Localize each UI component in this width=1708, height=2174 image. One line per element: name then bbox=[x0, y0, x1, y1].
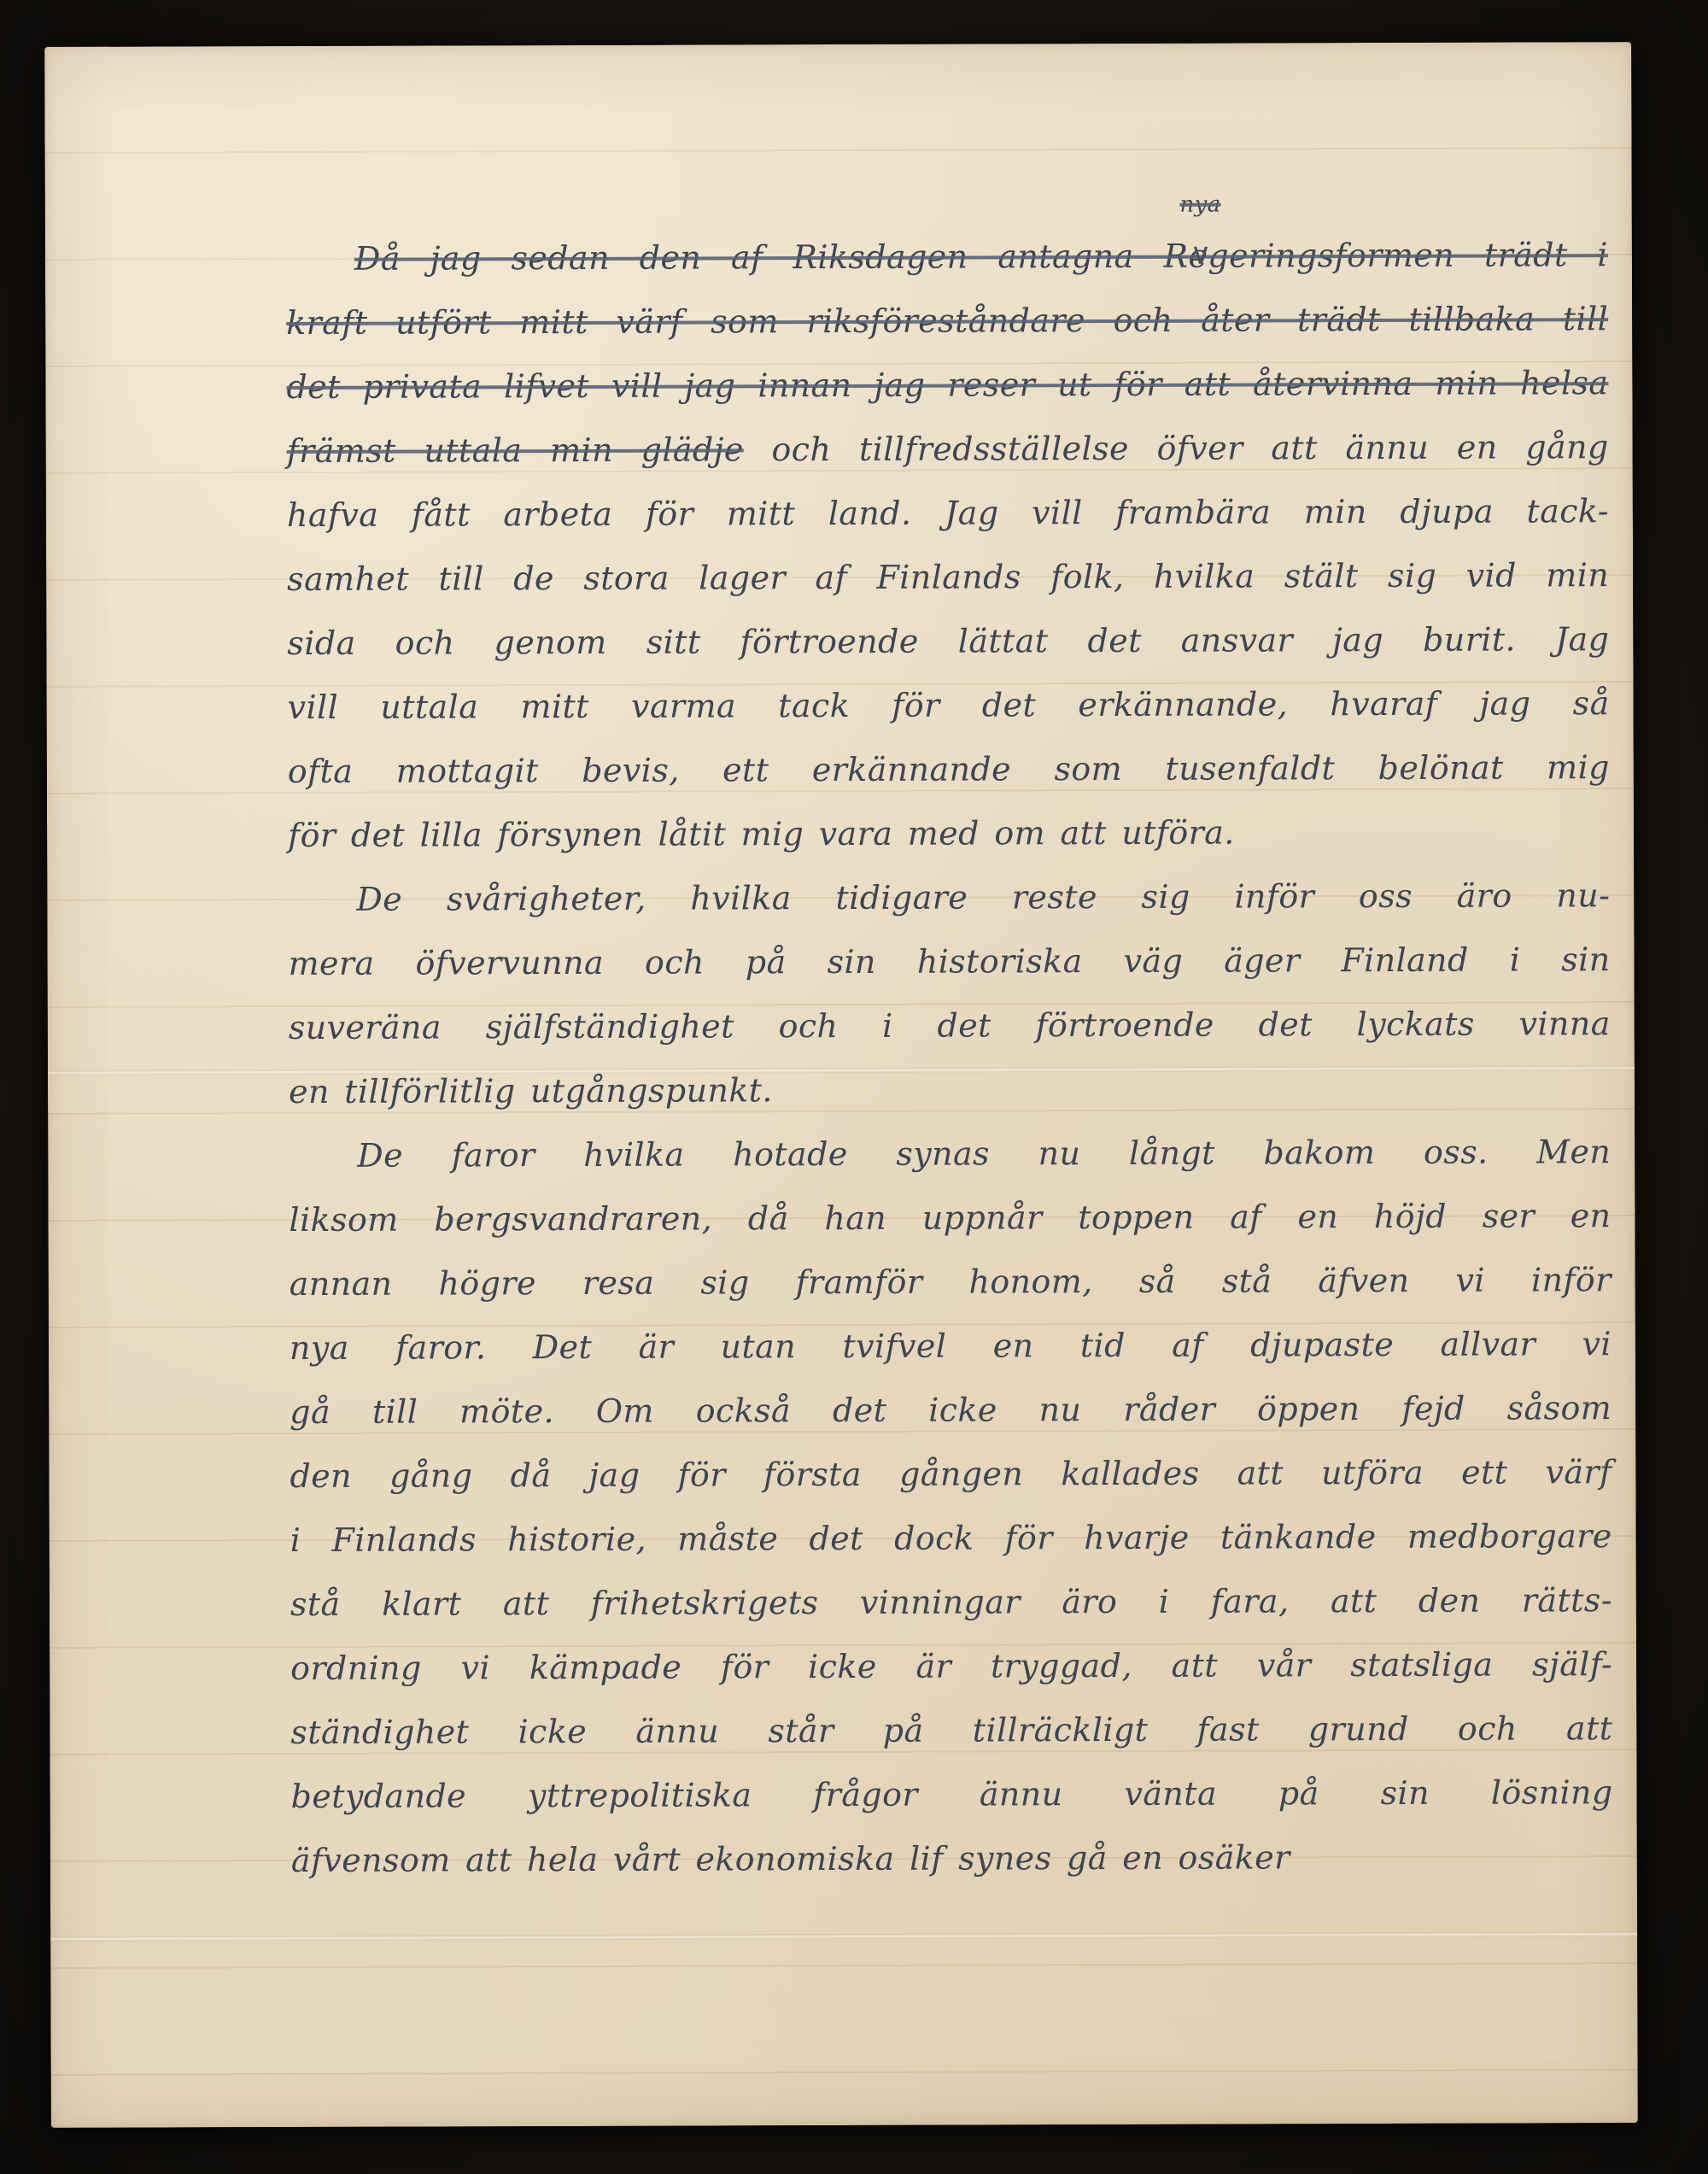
manuscript-line: den gång då jag för första gången kallad… bbox=[290, 1440, 1611, 1509]
manuscript-line: ofta mottagit bevis, ett erkännande som … bbox=[288, 735, 1610, 804]
paragraph-1: Då jag sedan den af Riksdagen antagna∨ny… bbox=[286, 223, 1610, 868]
manuscript-line: nya faror. Det är utan tvifvel en tid af… bbox=[290, 1312, 1611, 1380]
manuscript-line: De faror hvilka hotade synas nu långt ba… bbox=[289, 1120, 1611, 1188]
handwritten-text: liksom bergsvandraren, då han uppnår top… bbox=[289, 1197, 1611, 1239]
handwritten-text: annan högre resa sig framför honom, så s… bbox=[290, 1261, 1611, 1303]
handwritten-text: De svårigheter, hvilka tidigare reste si… bbox=[356, 876, 1610, 918]
paragraph-3: De faror hvilka hotade synas nu långt ba… bbox=[289, 1120, 1613, 1893]
handwritten-text: ofta mottagit bevis, ett erkännande som … bbox=[288, 748, 1610, 790]
manuscript-text: Då jag sedan den af Riksdagen antagna∨ny… bbox=[286, 223, 1613, 1893]
fold-crease bbox=[50, 1931, 1637, 1942]
struck-text: Då jag sedan den af Riksdagen antagna bbox=[354, 237, 1134, 278]
handwritten-text: och tillfredsställelse öfver att ännu en… bbox=[744, 428, 1609, 468]
handwritten-text: stå klart att frihetskrigets vinningar ä… bbox=[290, 1581, 1612, 1623]
struck-text: det privata lifvet vill jag innan jag re… bbox=[286, 364, 1608, 406]
manuscript-line: kraft utfört mitt värf som riksförestånd… bbox=[286, 287, 1608, 355]
manuscript-line: ordning vi kämpade för icke är tryggad, … bbox=[290, 1632, 1612, 1701]
manuscript-line: gå till möte. Om också det icke nu råder… bbox=[290, 1376, 1611, 1444]
handwritten-text: äfvensom att hela vårt ekonomiska lif sy… bbox=[291, 1838, 1290, 1879]
manuscript-line: annan högre resa sig framför honom, så s… bbox=[290, 1248, 1611, 1316]
manuscript-line: Då jag sedan den af Riksdagen antagna∨ny… bbox=[286, 223, 1608, 291]
manuscript-line: De svårigheter, hvilka tidigare reste si… bbox=[288, 864, 1610, 932]
handwritten-text: betydande yttrepolitiska frågor ännu vän… bbox=[291, 1773, 1613, 1815]
handwritten-text: ordning vi kämpade för icke är tryggad, … bbox=[290, 1645, 1612, 1687]
manuscript-line: vill uttala mitt varma tack för det erkä… bbox=[287, 671, 1609, 740]
manuscript-line: betydande yttrepolitiska frågor ännu vän… bbox=[290, 1761, 1612, 1829]
handwritten-text: ständighet icke ännu står på tillräcklig… bbox=[290, 1709, 1612, 1751]
paragraph-2: De svårigheter, hvilka tidigare reste si… bbox=[288, 864, 1611, 1124]
manuscript-line: i Finlands historie, måste det dock för … bbox=[290, 1504, 1612, 1573]
manuscript-line: det privata lifvet vill jag innan jag re… bbox=[286, 351, 1608, 419]
manuscript-line: mera öfvervunna och på sin historiska vä… bbox=[288, 928, 1610, 996]
struck-text: kraft utfört mitt värf som riksförestånd… bbox=[286, 300, 1608, 342]
insertion-caret-icon: ∨ bbox=[1122, 223, 1213, 287]
handwritten-text: vill uttala mitt varma tack för det erkä… bbox=[288, 684, 1610, 726]
scan-background: Då jag sedan den af Riksdagen antagna∨ny… bbox=[0, 0, 1708, 2174]
manuscript-line: för det lilla försynen låtit mig vara me… bbox=[288, 800, 1610, 868]
manuscript-line: hafva fått arbeta för mitt land. Jag vil… bbox=[287, 479, 1609, 548]
handwritten-text: hafva fått arbeta för mitt land. Jag vil… bbox=[287, 492, 1609, 534]
handwritten-text: den gång då jag för första gången kallad… bbox=[290, 1453, 1611, 1495]
handwritten-text: sida och genom sitt förtroende lättat de… bbox=[287, 620, 1609, 662]
handwritten-text: en tillförlitlig utgångspunkt. bbox=[289, 1071, 773, 1110]
handwritten-text: suveräna själfständighet och i det förtr… bbox=[289, 1005, 1611, 1046]
manuscript-line: stå klart att frihetskrigets vinningar ä… bbox=[290, 1568, 1612, 1637]
inserted-word: nya bbox=[1111, 194, 1220, 216]
paper-sheet: Då jag sedan den af Riksdagen antagna∨ny… bbox=[44, 42, 1638, 2128]
handwritten-text: gå till möte. Om också det icke nu råder… bbox=[290, 1389, 1611, 1431]
handwritten-text: nya faror. Det är utan tvifvel en tid af… bbox=[290, 1325, 1611, 1367]
manuscript-line: äfvensom att hela vårt ekonomiska lif sy… bbox=[291, 1825, 1613, 1893]
manuscript-line: sida och genom sitt förtroende lättat de… bbox=[287, 607, 1609, 676]
handwritten-text: för det lilla försynen låtit mig vara me… bbox=[288, 814, 1235, 854]
struck-text: främst uttala min glädje bbox=[287, 431, 744, 470]
manuscript-line: främst uttala min glädje och tillfredsst… bbox=[287, 415, 1609, 483]
manuscript-line: suveräna själfständighet och i det förtr… bbox=[289, 992, 1611, 1060]
manuscript-line: ständighet icke ännu står på tillräcklig… bbox=[290, 1696, 1612, 1765]
handwritten-text: samhet till de stora lager af Finlands f… bbox=[287, 556, 1609, 598]
handwritten-text: De faror hvilka hotade synas nu långt ba… bbox=[357, 1133, 1611, 1175]
manuscript-line: en tillförlitlig utgångspunkt. bbox=[289, 1056, 1611, 1124]
manuscript-line: liksom bergsvandraren, då han uppnår top… bbox=[289, 1184, 1611, 1252]
manuscript-line: samhet till de stora lager af Finlands f… bbox=[287, 543, 1609, 612]
handwritten-text: i Finlands historie, måste det dock för … bbox=[290, 1517, 1612, 1559]
handwritten-text: mera öfvervunna och på sin historiska vä… bbox=[288, 941, 1610, 982]
